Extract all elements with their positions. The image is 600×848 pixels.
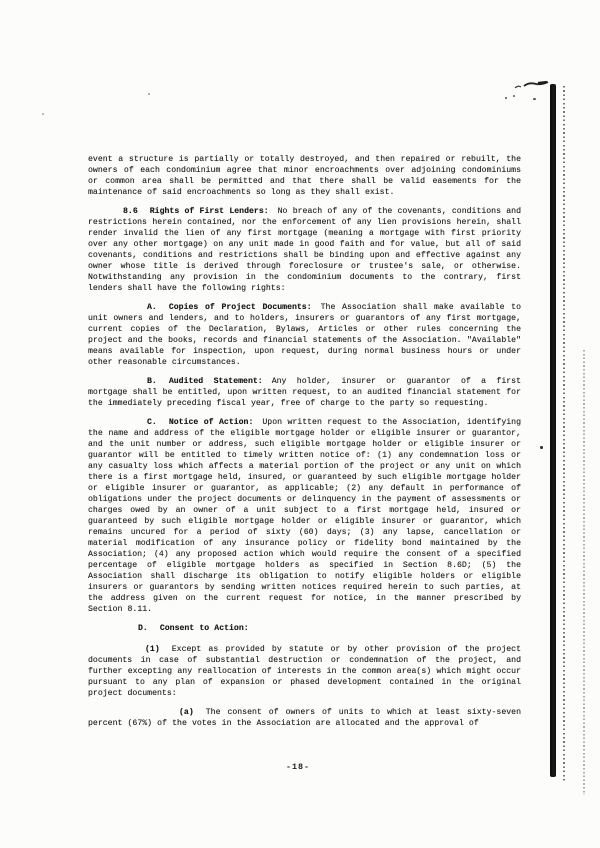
clause-text: The consent of owners of units to which … (88, 708, 521, 728)
paragraph: 8.6Rights of First Lenders:No breach of … (88, 206, 521, 294)
perforation-dotted-line-faint (583, 350, 585, 795)
clause-label: A. (147, 303, 157, 312)
scanned-document-page: event a structure is partially or totall… (0, 0, 600, 848)
clause-text: No breach of any of the covenants, condi… (88, 207, 521, 293)
paragraph: event a structure is partially or totall… (88, 154, 521, 198)
clause-label: (a) (179, 708, 194, 717)
ink-smudge-mark (514, 78, 552, 92)
clause-heading: Notice of Action: (169, 418, 254, 427)
clause-heading: Audited Statement: (169, 377, 263, 386)
clause-text: Upon written request to the Association,… (88, 418, 521, 614)
paragraph: D.Consent to Action: (88, 623, 521, 634)
clause-label: (1) (145, 645, 160, 654)
document-body: event a structure is partially or totall… (88, 154, 521, 737)
clause-text: The Association shall make available to … (88, 303, 521, 367)
clause-label: 8.6 (123, 207, 138, 216)
clause-heading: Rights of First Lenders: (150, 207, 269, 216)
page-number: -18- (88, 762, 508, 772)
clause-heading: Copies of Project Documents: (169, 303, 312, 312)
scan-speck (533, 98, 536, 100)
clause-label: D. (138, 624, 148, 633)
scan-speck (540, 446, 543, 449)
perforation-dotted-line (563, 86, 565, 783)
clause-label: C. (147, 418, 157, 427)
paragraph: (a)The consent of owners of units to whi… (88, 707, 521, 729)
scan-speck (148, 93, 150, 95)
paragraph: A.Copies of Project Documents:The Associ… (88, 302, 521, 368)
paragraph: B.Audited Statement:Any holder, insurer … (88, 376, 521, 409)
paragraph: (1)Except as provided by statute or by o… (88, 644, 521, 699)
clause-label: B. (147, 377, 157, 386)
binding-bar-artifact (550, 84, 556, 777)
scan-speck (42, 113, 44, 115)
clause-heading: Consent to Action: (160, 624, 249, 633)
clause-text: event a structure is partially or totall… (88, 155, 521, 197)
paragraph: C.Notice of Action:Upon written request … (88, 417, 521, 615)
scan-speck (505, 97, 507, 99)
scan-speck (513, 95, 515, 97)
